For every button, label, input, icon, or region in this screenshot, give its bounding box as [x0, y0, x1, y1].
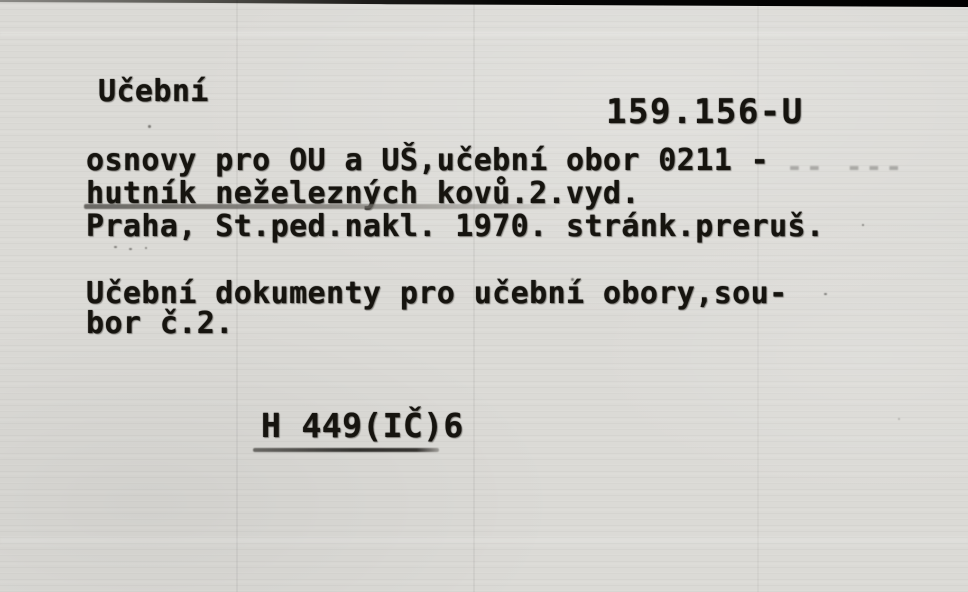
scan-top-edge — [0, 0, 968, 7]
ghost-dashes: -- --- — [786, 150, 905, 183]
imprint-line: Praha, St.ped.nakl. 1970. stránk.preruš. — [86, 210, 824, 243]
catalog-card: Učební 159.156-U osnovy pro OU a UŠ,učeb… — [0, 0, 968, 592]
card-heading: Učební — [98, 74, 209, 109]
call-number: 159.156-U — [606, 92, 804, 132]
shelf-mark-underline — [253, 448, 439, 452]
ink-speck — [129, 248, 132, 250]
ink-speck — [114, 246, 117, 248]
shelf-mark: H 449(IČ)6 — [261, 406, 464, 445]
series-line-2: bor č.2. — [86, 307, 234, 340]
scan-crease — [0, 538, 968, 543]
title-line-1: osnovy pro OU a UŠ,učební obor 0211 - — [86, 144, 769, 177]
scan-crease — [0, 32, 968, 36]
ink-speck — [862, 224, 864, 226]
ink-speck — [145, 247, 147, 249]
ink-speck — [571, 278, 574, 281]
ink-speck — [824, 293, 827, 295]
ink-speck — [898, 418, 900, 420]
ink-speck — [148, 125, 151, 128]
